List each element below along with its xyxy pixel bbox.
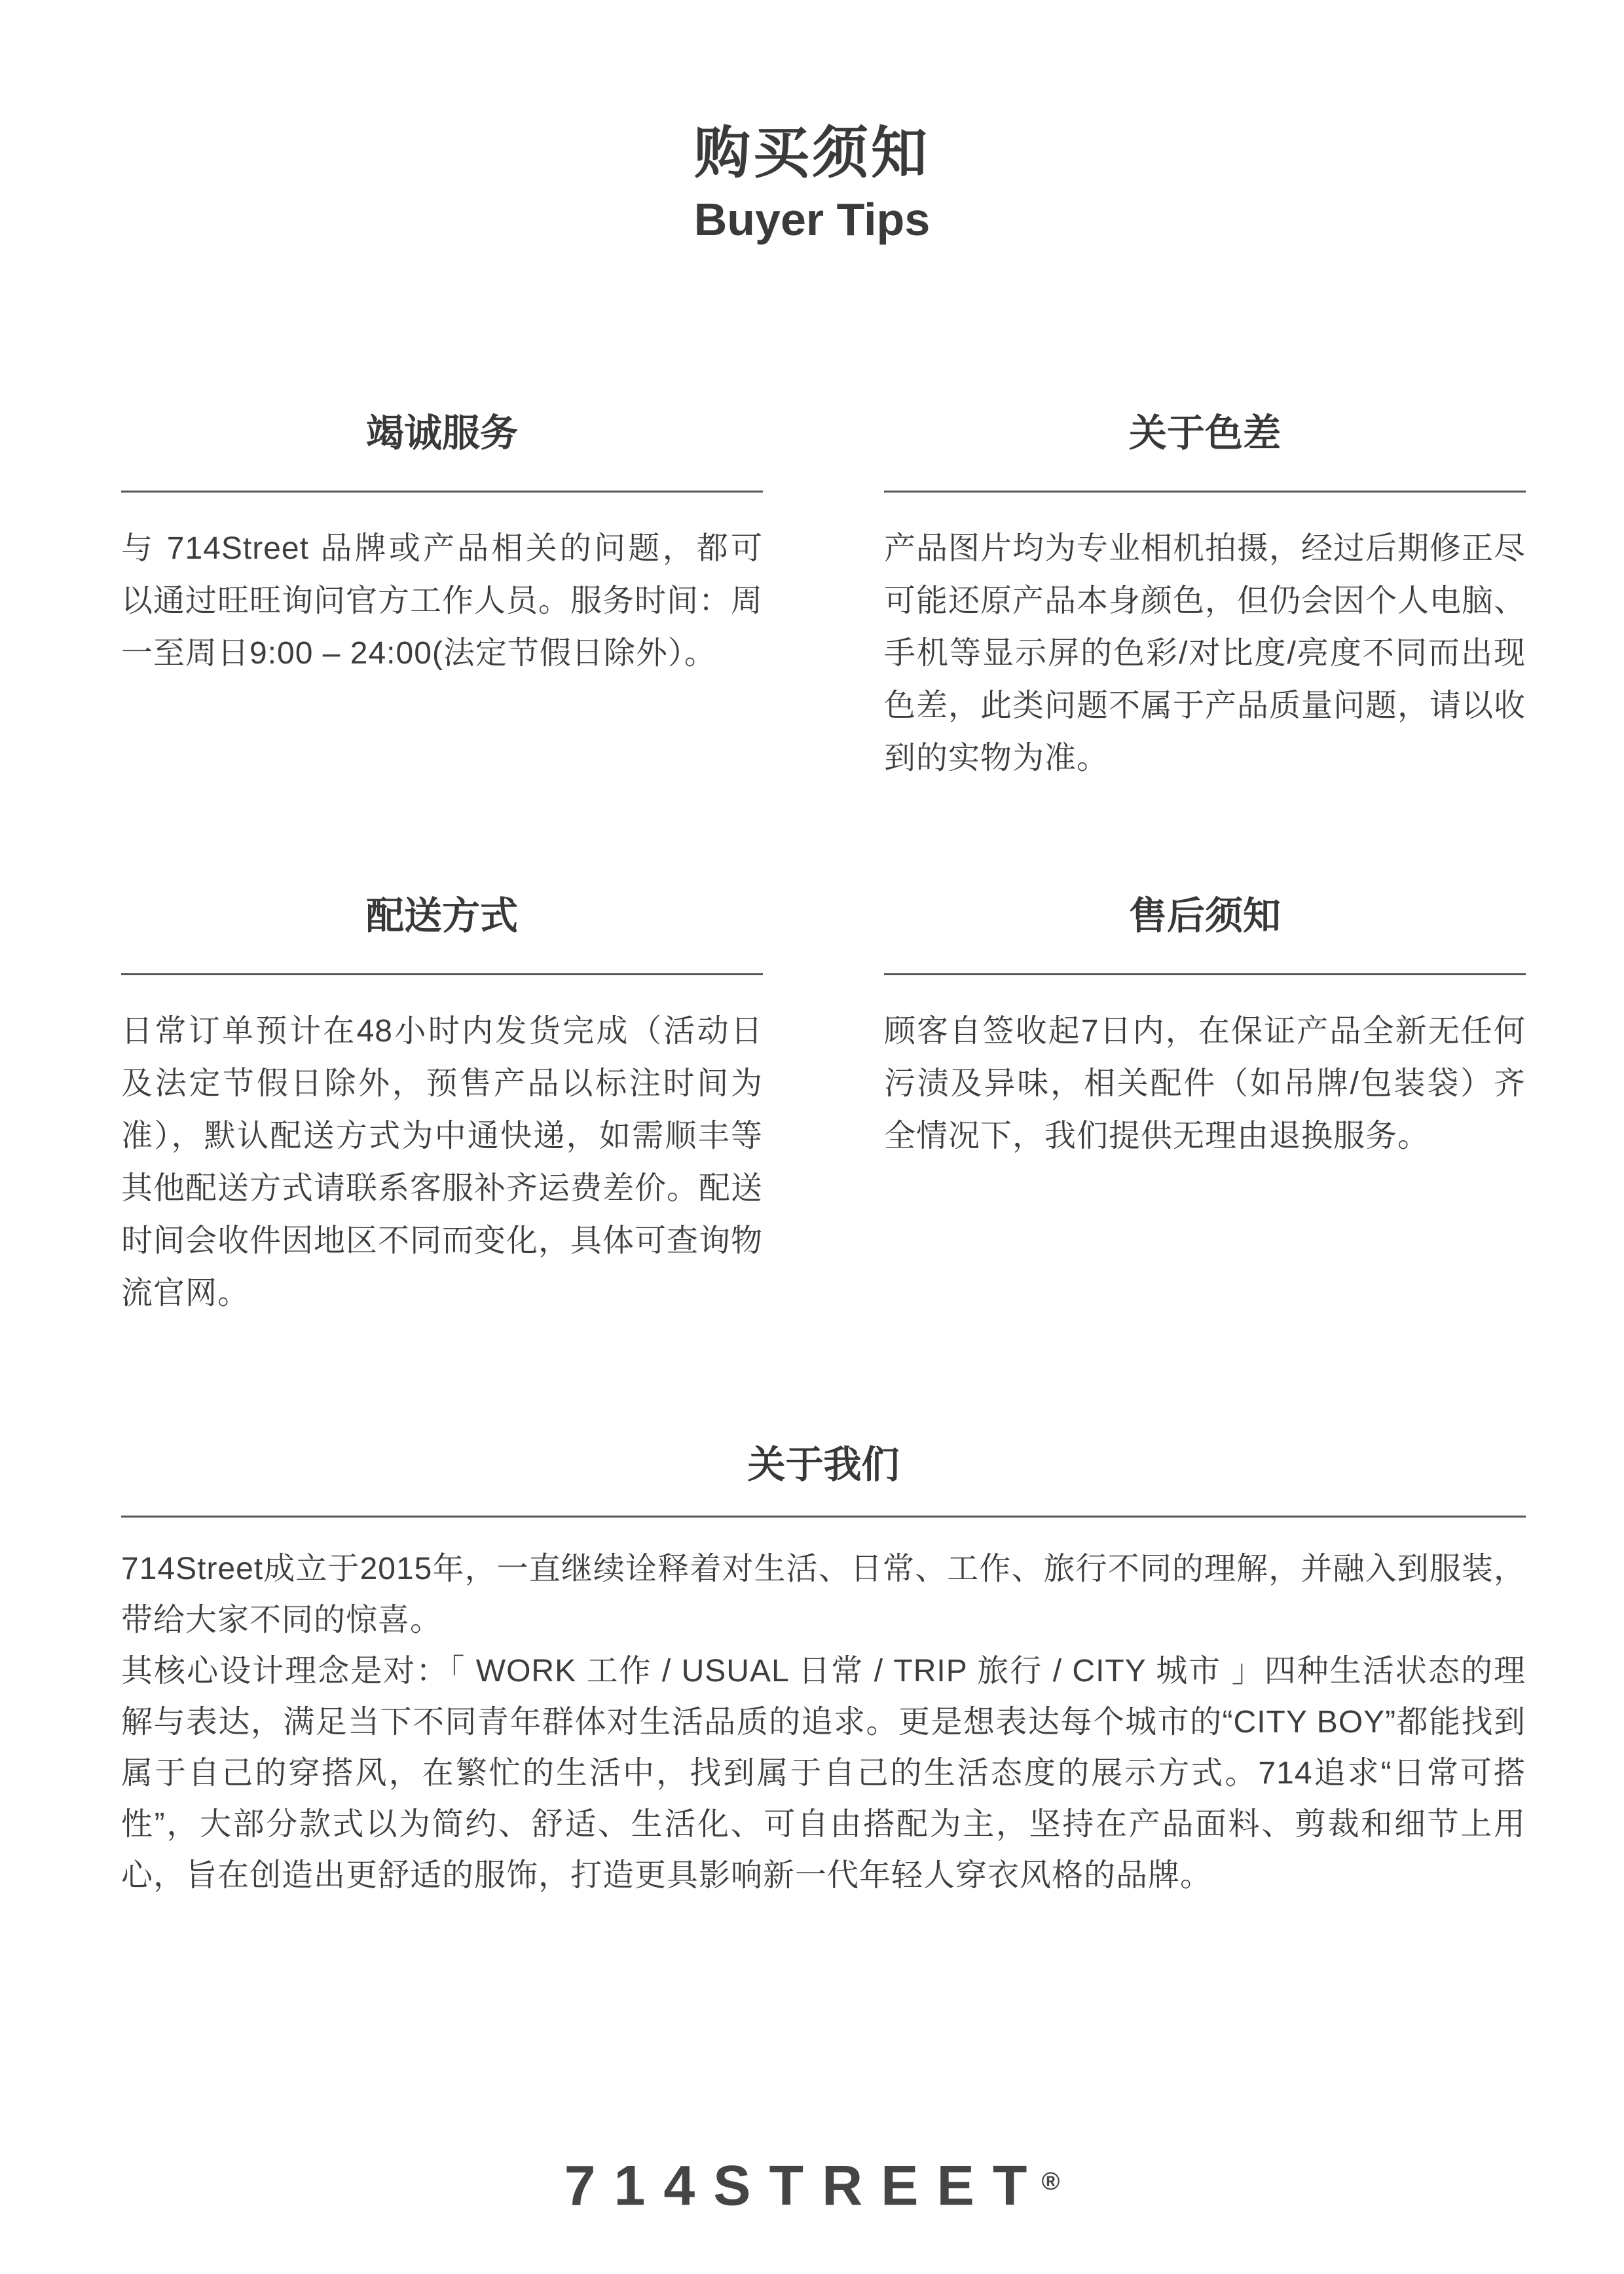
section-body: 日常订单预计在48小时内发货完成（活动日及法定节假日除外，预售产品以标注时间为准… bbox=[121, 1005, 763, 1320]
section-heading: 关于色差 bbox=[884, 411, 1526, 457]
about-divider bbox=[121, 1516, 1526, 1518]
page-title-zh: 购买须知 bbox=[0, 122, 1624, 185]
about-heading: 关于我们 bbox=[121, 1442, 1526, 1488]
section-shipping-method: 配送方式 日常订单预计在48小时内发货完成（活动日及法定节假日除外，预售产品以标… bbox=[121, 893, 763, 1320]
section-divider bbox=[121, 973, 763, 975]
section-body: 产品图片均为专业相机拍摄，经过后期修正尽可能还原产品本身颜色，但仍会因个人电脑、… bbox=[884, 523, 1526, 785]
section-body: 顾客自签收起7日内，在保证产品全新无任何污渍及异味，相关配件（如吊牌/包装袋）齐… bbox=[884, 1005, 1526, 1163]
section-body: 与 714Street 品牌或产品相关的问题，都可以通过旺旺询问官方工作人员。服… bbox=[121, 523, 763, 680]
page-header: 购买须知 Buyer Tips bbox=[0, 0, 1624, 245]
section-sincere-service: 竭诚服务 与 714Street 品牌或产品相关的问题，都可以通过旺旺询问官方工… bbox=[121, 411, 763, 785]
about-body: 714Street成立于2015年，一直继续诠释着对生活、日常、工作、旅行不同的… bbox=[121, 1544, 1526, 1901]
section-about-us: 关于我们 714Street成立于2015年，一直继续诠释着对生活、日常、工作、… bbox=[121, 1442, 1526, 1901]
page-title-en: Buyer Tips bbox=[0, 194, 1624, 245]
section-after-sale-notice: 售后须知 顾客自签收起7日内，在保证产品全新无任何污渍及异味，相关配件（如吊牌/… bbox=[884, 893, 1526, 1320]
section-heading: 竭诚服务 bbox=[121, 411, 763, 457]
section-divider bbox=[884, 491, 1526, 493]
about-paragraph: 714Street成立于2015年，一直继续诠释着对生活、日常、工作、旅行不同的… bbox=[121, 1544, 1526, 1646]
brand-logo: 714STREET® bbox=[564, 2150, 1060, 2217]
registered-trademark-icon: ® bbox=[1041, 2168, 1060, 2195]
section-color-difference: 关于色差 产品图片均为专业相机拍摄，经过后期修正尽可能还原产品本身颜色，但仍会因… bbox=[884, 411, 1526, 785]
brand-name: 714STREET bbox=[564, 2154, 1046, 2217]
section-divider bbox=[884, 973, 1526, 975]
about-paragraph: 其核心设计理念是对：「 WORK 工作 / USUAL 日常 / TRIP 旅行… bbox=[121, 1646, 1526, 1901]
section-heading: 配送方式 bbox=[121, 893, 763, 939]
page-footer: 714STREET® bbox=[0, 2150, 1624, 2217]
buyer-tips-page: 购买须知 Buyer Tips 竭诚服务 与 714Street 品牌或产品相关… bbox=[0, 0, 1624, 2274]
section-divider bbox=[121, 491, 763, 493]
section-heading: 售后须知 bbox=[884, 893, 1526, 939]
info-sections-grid: 竭诚服务 与 714Street 品牌或产品相关的问题，都可以通过旺旺询问官方工… bbox=[121, 411, 1526, 1320]
